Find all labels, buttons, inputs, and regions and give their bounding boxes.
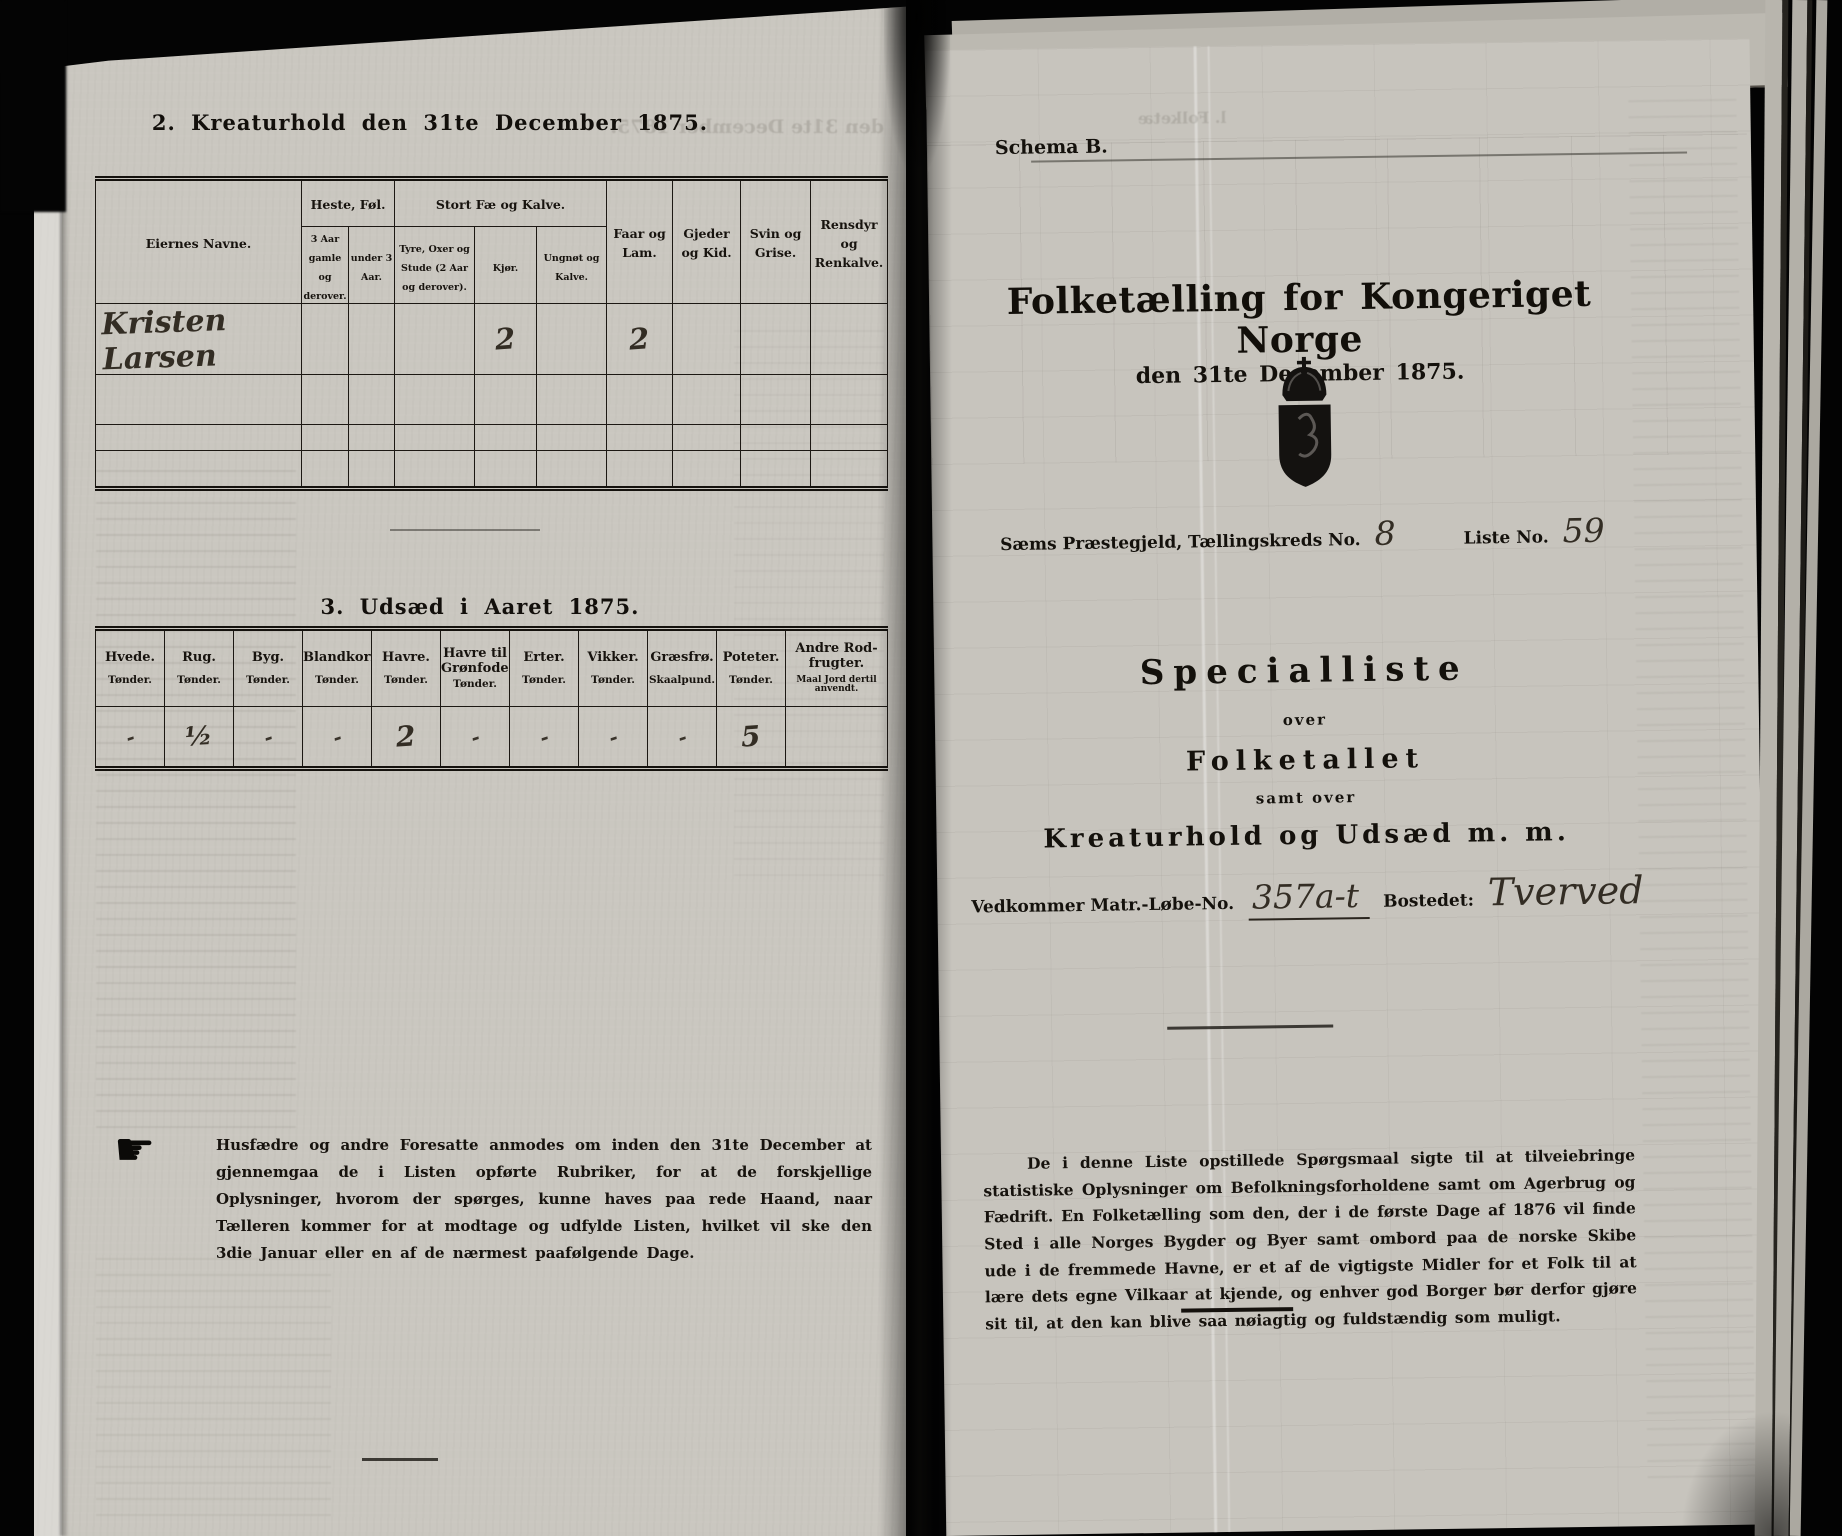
residence-value: Tverved bbox=[1487, 868, 1643, 914]
page-shadow bbox=[1680, 1410, 1790, 1536]
section2-title: 2. Kreaturhold den 31te December 1875. bbox=[130, 110, 730, 135]
section3-title: 3. Udsæd i Aaret 1875. bbox=[180, 594, 780, 619]
coat-of-arms bbox=[1268, 356, 1342, 489]
footnote-text: Husfædre og andre Foresatte anmodes om i… bbox=[216, 1132, 872, 1267]
residence-label: Bostedet: bbox=[1383, 891, 1474, 912]
scan-background bbox=[0, 0, 66, 212]
header-hvede: Hvede.Tønder. bbox=[96, 629, 165, 707]
liste-number: 59 bbox=[1562, 511, 1605, 551]
header-svin-og-grise: Svin og Grise. bbox=[741, 179, 811, 304]
header-andre-rodfrugter: Andre Rod-frugter.Maal Jord dertil anven… bbox=[786, 629, 888, 707]
district-prefix: Sæms Præstegjeld, Tællingskreds No. bbox=[1000, 530, 1361, 555]
property-line: Vedkommer Matr.-Løbe-No. 357a-t Bostedet… bbox=[957, 868, 1658, 925]
page-edge-strip bbox=[34, 0, 62, 1536]
bleed-through-column bbox=[96, 470, 296, 1130]
header-vikker: Vikker.Tønder. bbox=[579, 629, 648, 707]
matr-prefix: Vedkommer Matr.-Løbe-No. bbox=[971, 894, 1234, 918]
header-havre: Havre.Tønder. bbox=[372, 629, 441, 707]
bleed-through-column bbox=[96, 1258, 331, 1528]
book-scan: den 31te December 1875. 2. Kreaturhold d… bbox=[0, 0, 1842, 1536]
table-header-row: Eiernes Navne. Heste, Føl. Stort Fæ og K… bbox=[96, 179, 888, 227]
schema-label: Schema B. bbox=[995, 136, 1108, 160]
owner-name-cell: Kristen Larsen bbox=[96, 304, 302, 375]
cows-value-cell: 2 bbox=[475, 304, 537, 375]
header-poteter: Poteter.Tønder. bbox=[717, 629, 786, 707]
header-heste-group: Heste, Føl. bbox=[302, 179, 395, 227]
header-tyre-oxer: Tyre, Oxer og Stude (2 Aar og derover). bbox=[395, 227, 475, 304]
sheep-value-cell: 2 bbox=[607, 304, 673, 375]
explanatory-paragraph: De i denne Liste opstillede Spørgsmaal s… bbox=[983, 1142, 1638, 1338]
udsaed-table: Hvede.Tønder. Rug.Tønder. Byg.Tønder. Bl… bbox=[95, 626, 888, 771]
value-hvede: - bbox=[96, 707, 165, 769]
value-byg: - bbox=[234, 707, 303, 769]
table-header-row: Hvede.Tønder. Rug.Tønder. Byg.Tønder. Bl… bbox=[96, 629, 888, 707]
fold-shadow bbox=[878, 0, 952, 1536]
section-divider-line bbox=[390, 529, 540, 531]
value-rug: ½ bbox=[165, 707, 234, 769]
table-row: Kristen Larsen 2 2 bbox=[96, 304, 888, 375]
manicule-icon: ☛ bbox=[114, 1126, 155, 1172]
district-number: 8 bbox=[1374, 514, 1396, 553]
header-graesfro: Græsfrø.Skaalpund. bbox=[648, 629, 717, 707]
kreaturhold-table: Eiernes Navne. Heste, Føl. Stort Fæ og K… bbox=[95, 176, 888, 491]
table-row: - ½ - - 2 - - - - 5 bbox=[96, 707, 888, 769]
header-erter: Erter.Tønder. bbox=[510, 629, 579, 707]
header-byg: Byg.Tønder. bbox=[234, 629, 303, 707]
value-erter: - bbox=[510, 707, 579, 769]
header-gjeder-og-kid: Gjeder og Kid. bbox=[673, 179, 741, 304]
header-faar-og-lam: Faar og Lam. bbox=[607, 179, 673, 304]
right-page: l. Folketæ Schema B. Folketælling for Ko… bbox=[926, 39, 1771, 1536]
value-havre-gronfoder: - bbox=[441, 707, 510, 769]
table-row bbox=[96, 451, 888, 489]
header-eiernes-navne: Eiernes Navne. bbox=[96, 179, 302, 304]
header-kjor: Kjør. bbox=[475, 227, 537, 304]
header-havre-gronfoder: Havre til Grønfoder.Tønder. bbox=[441, 629, 510, 707]
fold-shadow-top bbox=[884, 0, 950, 170]
left-page: den 31te December 1875. 2. Kreaturhold d… bbox=[34, 0, 906, 1536]
header-rug: Rug.Tønder. bbox=[165, 629, 234, 707]
value-vikker: - bbox=[579, 707, 648, 769]
bottom-rule bbox=[362, 1458, 438, 1461]
header-heste-gamle: 3 Aar gamle og derover. bbox=[302, 227, 349, 304]
bleed-through-mirrored-text: l. Folketæ bbox=[1006, 108, 1226, 130]
matr-number: 357a-t bbox=[1248, 876, 1370, 921]
header-stort-fae-group: Stort Fæ og Kalve. bbox=[395, 179, 607, 227]
page-crease bbox=[60, 30, 69, 1536]
liste-label: Liste No. bbox=[1463, 527, 1548, 548]
value-poteter: 5 bbox=[717, 707, 786, 769]
header-rensdyr: Rensdyr og Renkalve. bbox=[811, 179, 888, 304]
header-ungnot: Ungnøt og Kalve. bbox=[537, 227, 607, 304]
header-heste-unge: under 3 Aar. bbox=[349, 227, 395, 304]
value-andre-rodfrugter bbox=[786, 707, 888, 769]
table-row bbox=[96, 375, 888, 425]
value-blandkorn: - bbox=[303, 707, 372, 769]
header-blandkorn: Blandkorn.Tønder. bbox=[303, 629, 372, 707]
value-graesfro: - bbox=[648, 707, 717, 769]
table-row bbox=[96, 425, 888, 451]
census-title: Folketælling for Kongeriget Norge bbox=[949, 272, 1650, 366]
value-havre: 2 bbox=[372, 707, 441, 769]
